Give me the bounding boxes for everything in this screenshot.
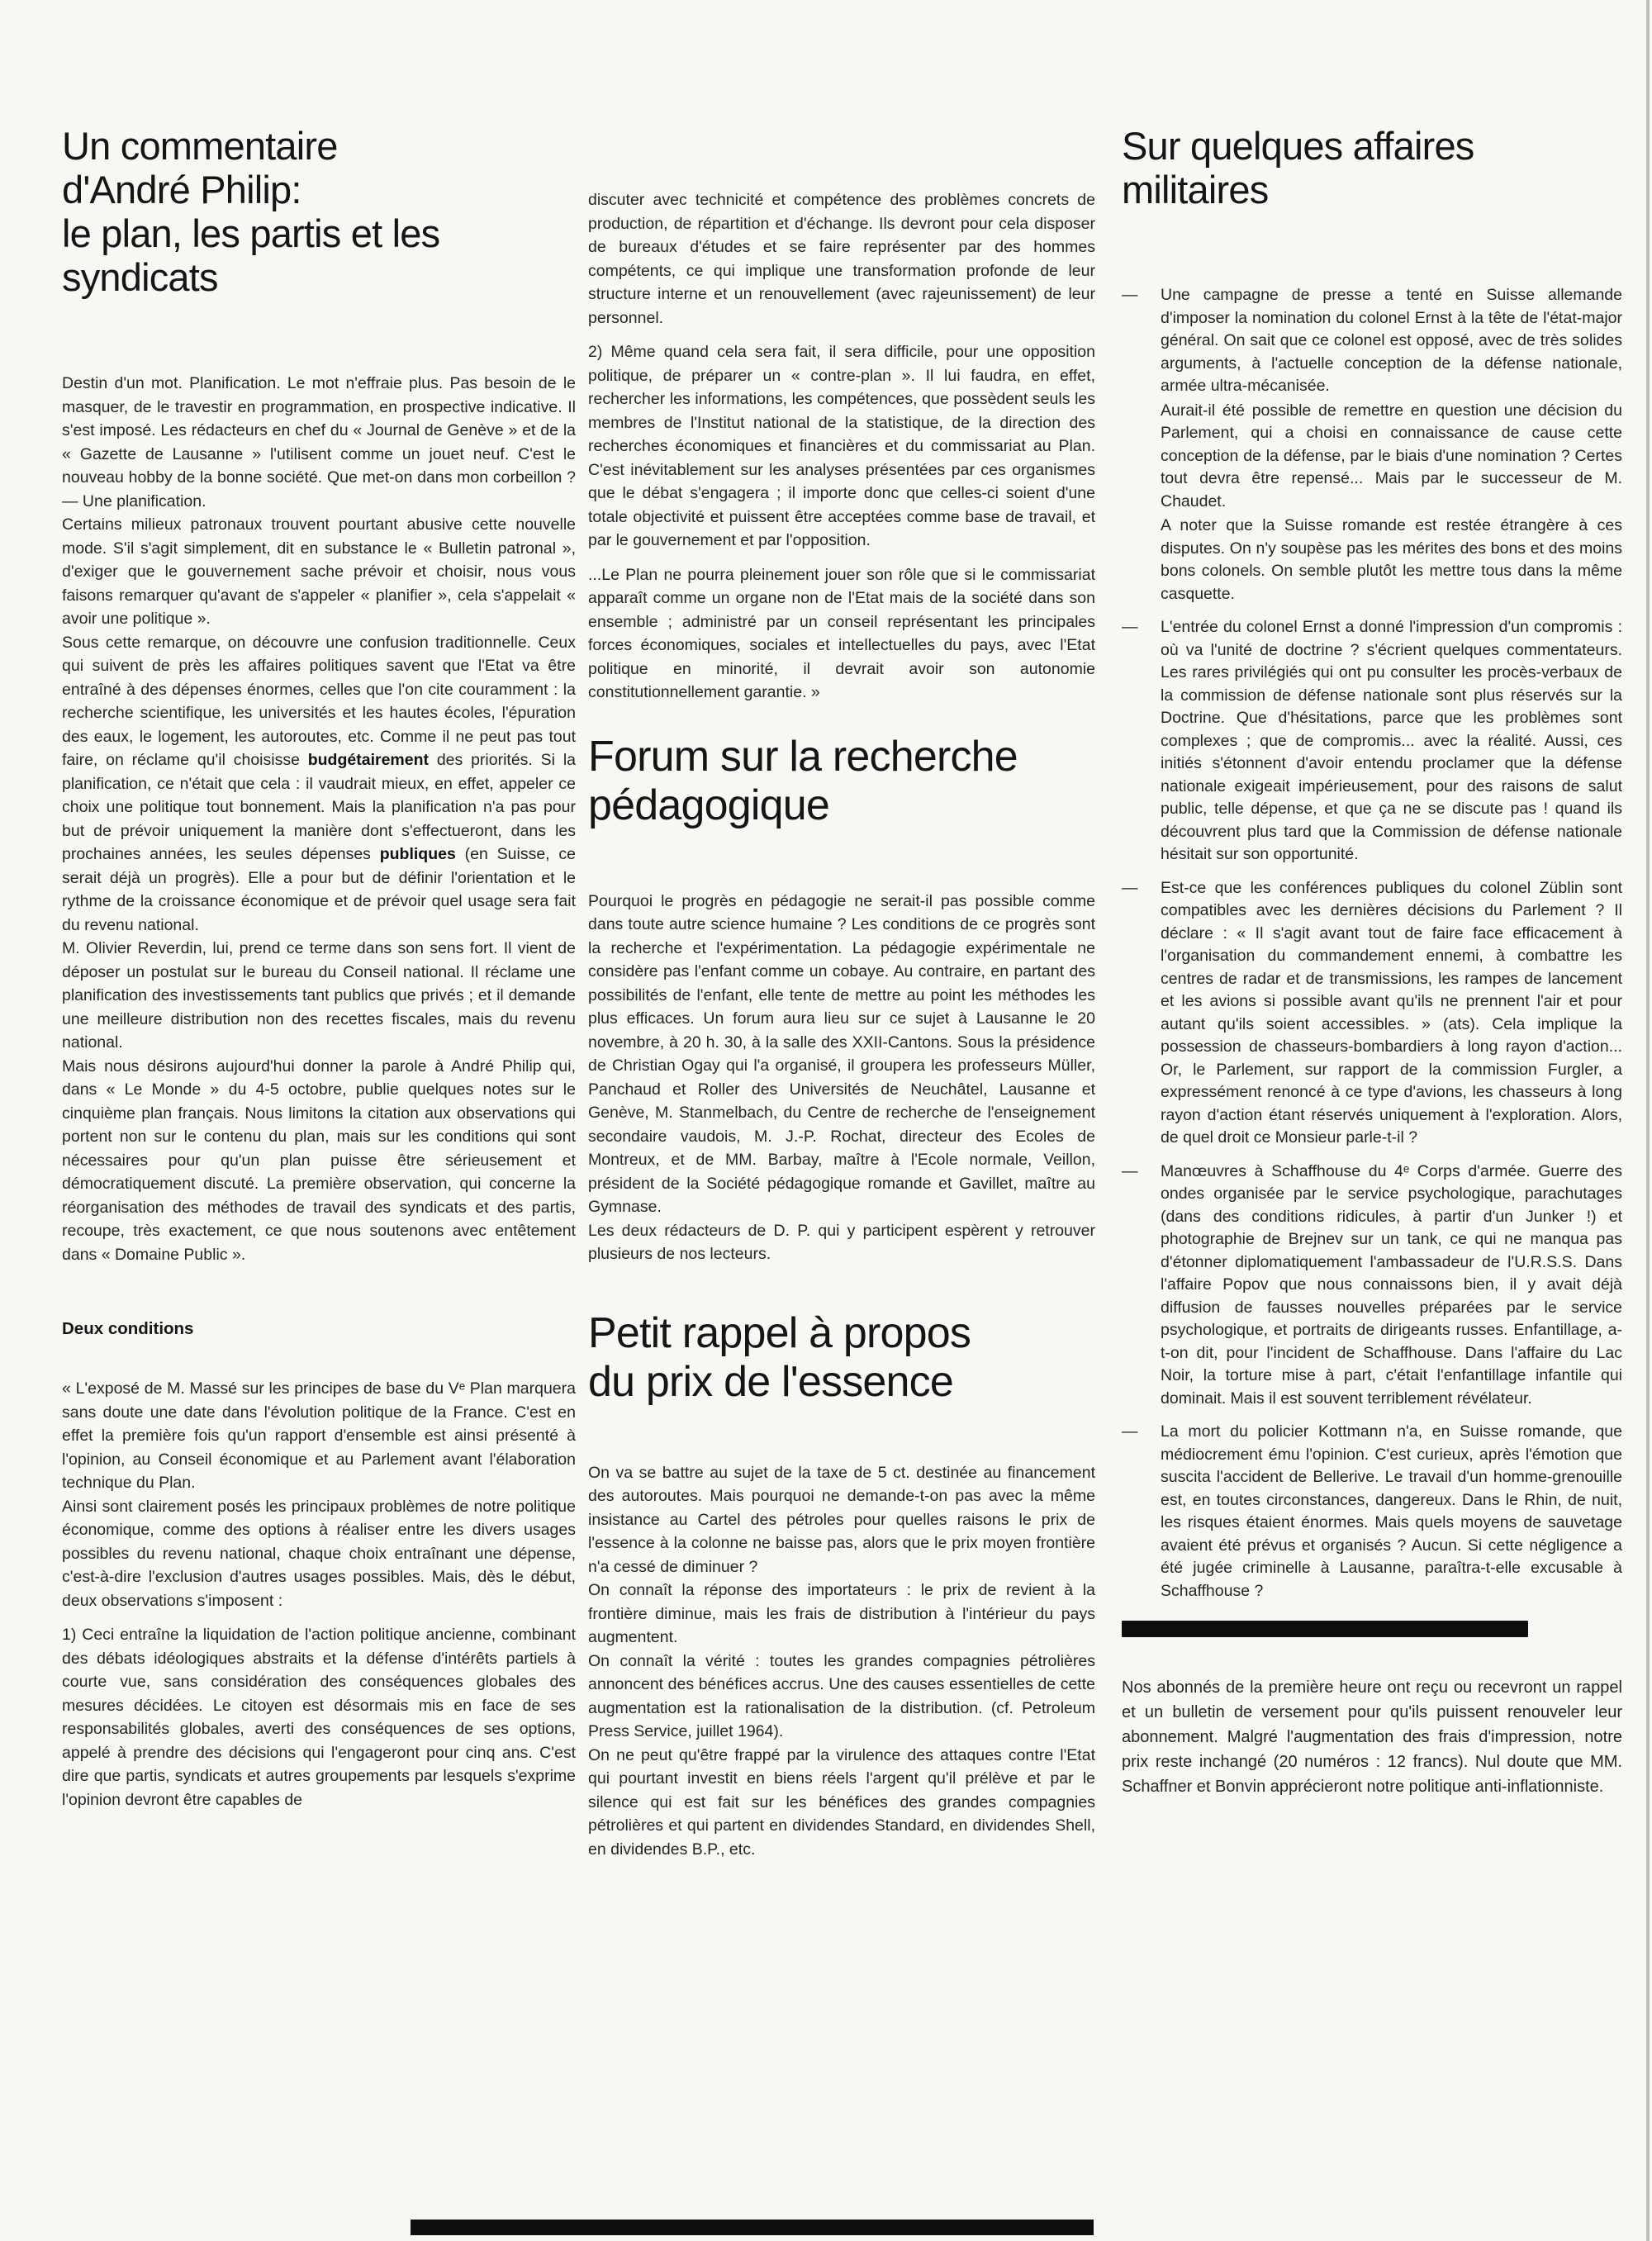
paragraph: Aurait-il été possible de remettre en qu… bbox=[1161, 400, 1622, 514]
article-title-plan-syndicats: Un commentaire d'André Philip: le plan, … bbox=[62, 124, 576, 299]
divider-bar bbox=[1122, 1621, 1528, 1637]
dash-bullet: — bbox=[1122, 1421, 1161, 1602]
dash-bullet: — bbox=[1122, 284, 1161, 605]
paragraph: Destin d'un mot. Planification. Le mot n… bbox=[62, 372, 576, 513]
paragraph: 2) Même quand cela sera fait, il sera di… bbox=[588, 340, 1095, 553]
paragraph: Sous cette remarque, on découvre une con… bbox=[62, 631, 576, 938]
paragraph: ...Le Plan ne pourra pleinement jouer so… bbox=[588, 563, 1095, 705]
paragraph: On va se battre au sujet de la taxe de 5… bbox=[588, 1461, 1095, 1579]
paragraph: Manœuvres à Schaffhouse du 4ᵉ Corps d'ar… bbox=[1161, 1161, 1622, 1411]
paragraph: La mort du policier Kottmann n'a, en Sui… bbox=[1161, 1421, 1622, 1602]
paragraph: Certains milieux patronaux trouvent pour… bbox=[62, 513, 576, 631]
paragraph: L'entrée du colonel Ernst a donné l'impr… bbox=[1161, 616, 1622, 866]
list-item: — L'entrée du colonel Ernst a donné l'im… bbox=[1122, 616, 1622, 866]
dash-bullet: — bbox=[1122, 1161, 1161, 1411]
article-body: Pourquoi le progrès en pédagogie ne sera… bbox=[588, 890, 1095, 1266]
paragraph: On connaît la vérité : toutes les grande… bbox=[588, 1650, 1095, 1744]
dash-bullet: — bbox=[1122, 616, 1161, 866]
scan-edge-artifact bbox=[1646, 0, 1650, 2241]
list-item: — Une campagne de presse a tenté en Suis… bbox=[1122, 284, 1622, 605]
paragraph: discuter avec technicité et compétence d… bbox=[588, 188, 1095, 330]
paragraph: « L'exposé de M. Massé sur les principes… bbox=[62, 1377, 576, 1495]
paragraph: Une campagne de presse a tenté en Suisse… bbox=[1161, 284, 1622, 398]
list-item-text: Une campagne de presse a tenté en Suisse… bbox=[1161, 284, 1622, 605]
article-body: — Une campagne de presse a tenté en Suis… bbox=[1122, 284, 1622, 1602]
article-title-essence: Petit rappel à propos du prix de l'essen… bbox=[588, 1309, 1095, 1407]
article-body: On va se battre au sujet de la taxe de 5… bbox=[588, 1461, 1095, 1862]
bottom-divider-bar bbox=[411, 2220, 1094, 2235]
quote-block-andre-philip: « L'exposé de M. Massé sur les principes… bbox=[62, 1377, 576, 1811]
list-item: — Manœuvres à Schaffhouse du 4ᵉ Corps d'… bbox=[1122, 1161, 1622, 1411]
article-affaires-militaires: Sur quelques affaires militaires — Une c… bbox=[1122, 124, 1622, 1799]
paragraph: A noter que la Suisse romande est restée… bbox=[1161, 515, 1622, 605]
column-middle: discuter avec technicité et compétence d… bbox=[588, 188, 1095, 1861]
paragraph: On ne peut qu'être frappé par la virulen… bbox=[588, 1744, 1095, 1862]
list-item-text: L'entrée du colonel Ernst a donné l'impr… bbox=[1161, 616, 1622, 866]
article-plan-partis-syndicats: Un commentaire d'André Philip: le plan, … bbox=[62, 124, 576, 1811]
article-continuation: discuter avec technicité et compétence d… bbox=[588, 188, 1095, 705]
newspaper-page: Un commentaire d'André Philip: le plan, … bbox=[0, 0, 1652, 2241]
article-forum-pedagogique: Forum sur la recherche pédagogique Pourq… bbox=[588, 733, 1095, 1266]
paragraph: 1) Ceci entraîne la liquidation de l'act… bbox=[62, 1623, 576, 1811]
paragraph: Ainsi sont clairement posés les principa… bbox=[62, 1495, 576, 1613]
paragraph: Mais nous désirons aujourd'hui donner la… bbox=[62, 1055, 576, 1267]
dash-bullet: — bbox=[1122, 877, 1161, 1150]
paragraph: On connaît la réponse des importateurs :… bbox=[588, 1579, 1095, 1650]
list-item: — Est-ce que les conférences publiques d… bbox=[1122, 877, 1622, 1150]
subhead-deux-conditions: Deux conditions bbox=[62, 1319, 576, 1339]
paragraph: M. Olivier Reverdin, lui, prend ce terme… bbox=[62, 937, 576, 1055]
article-prix-essence: Petit rappel à propos du prix de l'essen… bbox=[588, 1309, 1095, 1862]
article-body: Destin d'un mot. Planification. Le mot n… bbox=[62, 372, 576, 1266]
subscription-note: Nos abonnés de la première heure ont reç… bbox=[1122, 1675, 1622, 1799]
bold-word-publiques: publiques bbox=[380, 845, 456, 863]
paragraph: Est-ce que les conférences publiques du … bbox=[1161, 877, 1622, 1150]
list-item: — La mort du policier Kottmann n'a, en S… bbox=[1122, 1421, 1622, 1602]
paragraph: Les deux rédacteurs de D. P. qui y parti… bbox=[588, 1219, 1095, 1266]
paragraph-text: Sous cette remarque, on découvre une con… bbox=[62, 634, 576, 770]
list-item-text: La mort du policier Kottmann n'a, en Sui… bbox=[1161, 1421, 1622, 1602]
article-title-militaires: Sur quelques affaires militaires bbox=[1122, 124, 1622, 211]
paragraph: Pourquoi le progrès en pédagogie ne sera… bbox=[588, 890, 1095, 1219]
bold-word-budgetairement: budgétairement bbox=[308, 751, 429, 769]
article-title-forum: Forum sur la recherche pédagogique bbox=[588, 733, 1095, 830]
paragraph: Nos abonnés de la première heure ont reç… bbox=[1122, 1675, 1622, 1799]
list-item-text: Est-ce que les conférences publiques du … bbox=[1161, 877, 1622, 1150]
list-item-text: Manœuvres à Schaffhouse du 4ᵉ Corps d'ar… bbox=[1161, 1161, 1622, 1411]
